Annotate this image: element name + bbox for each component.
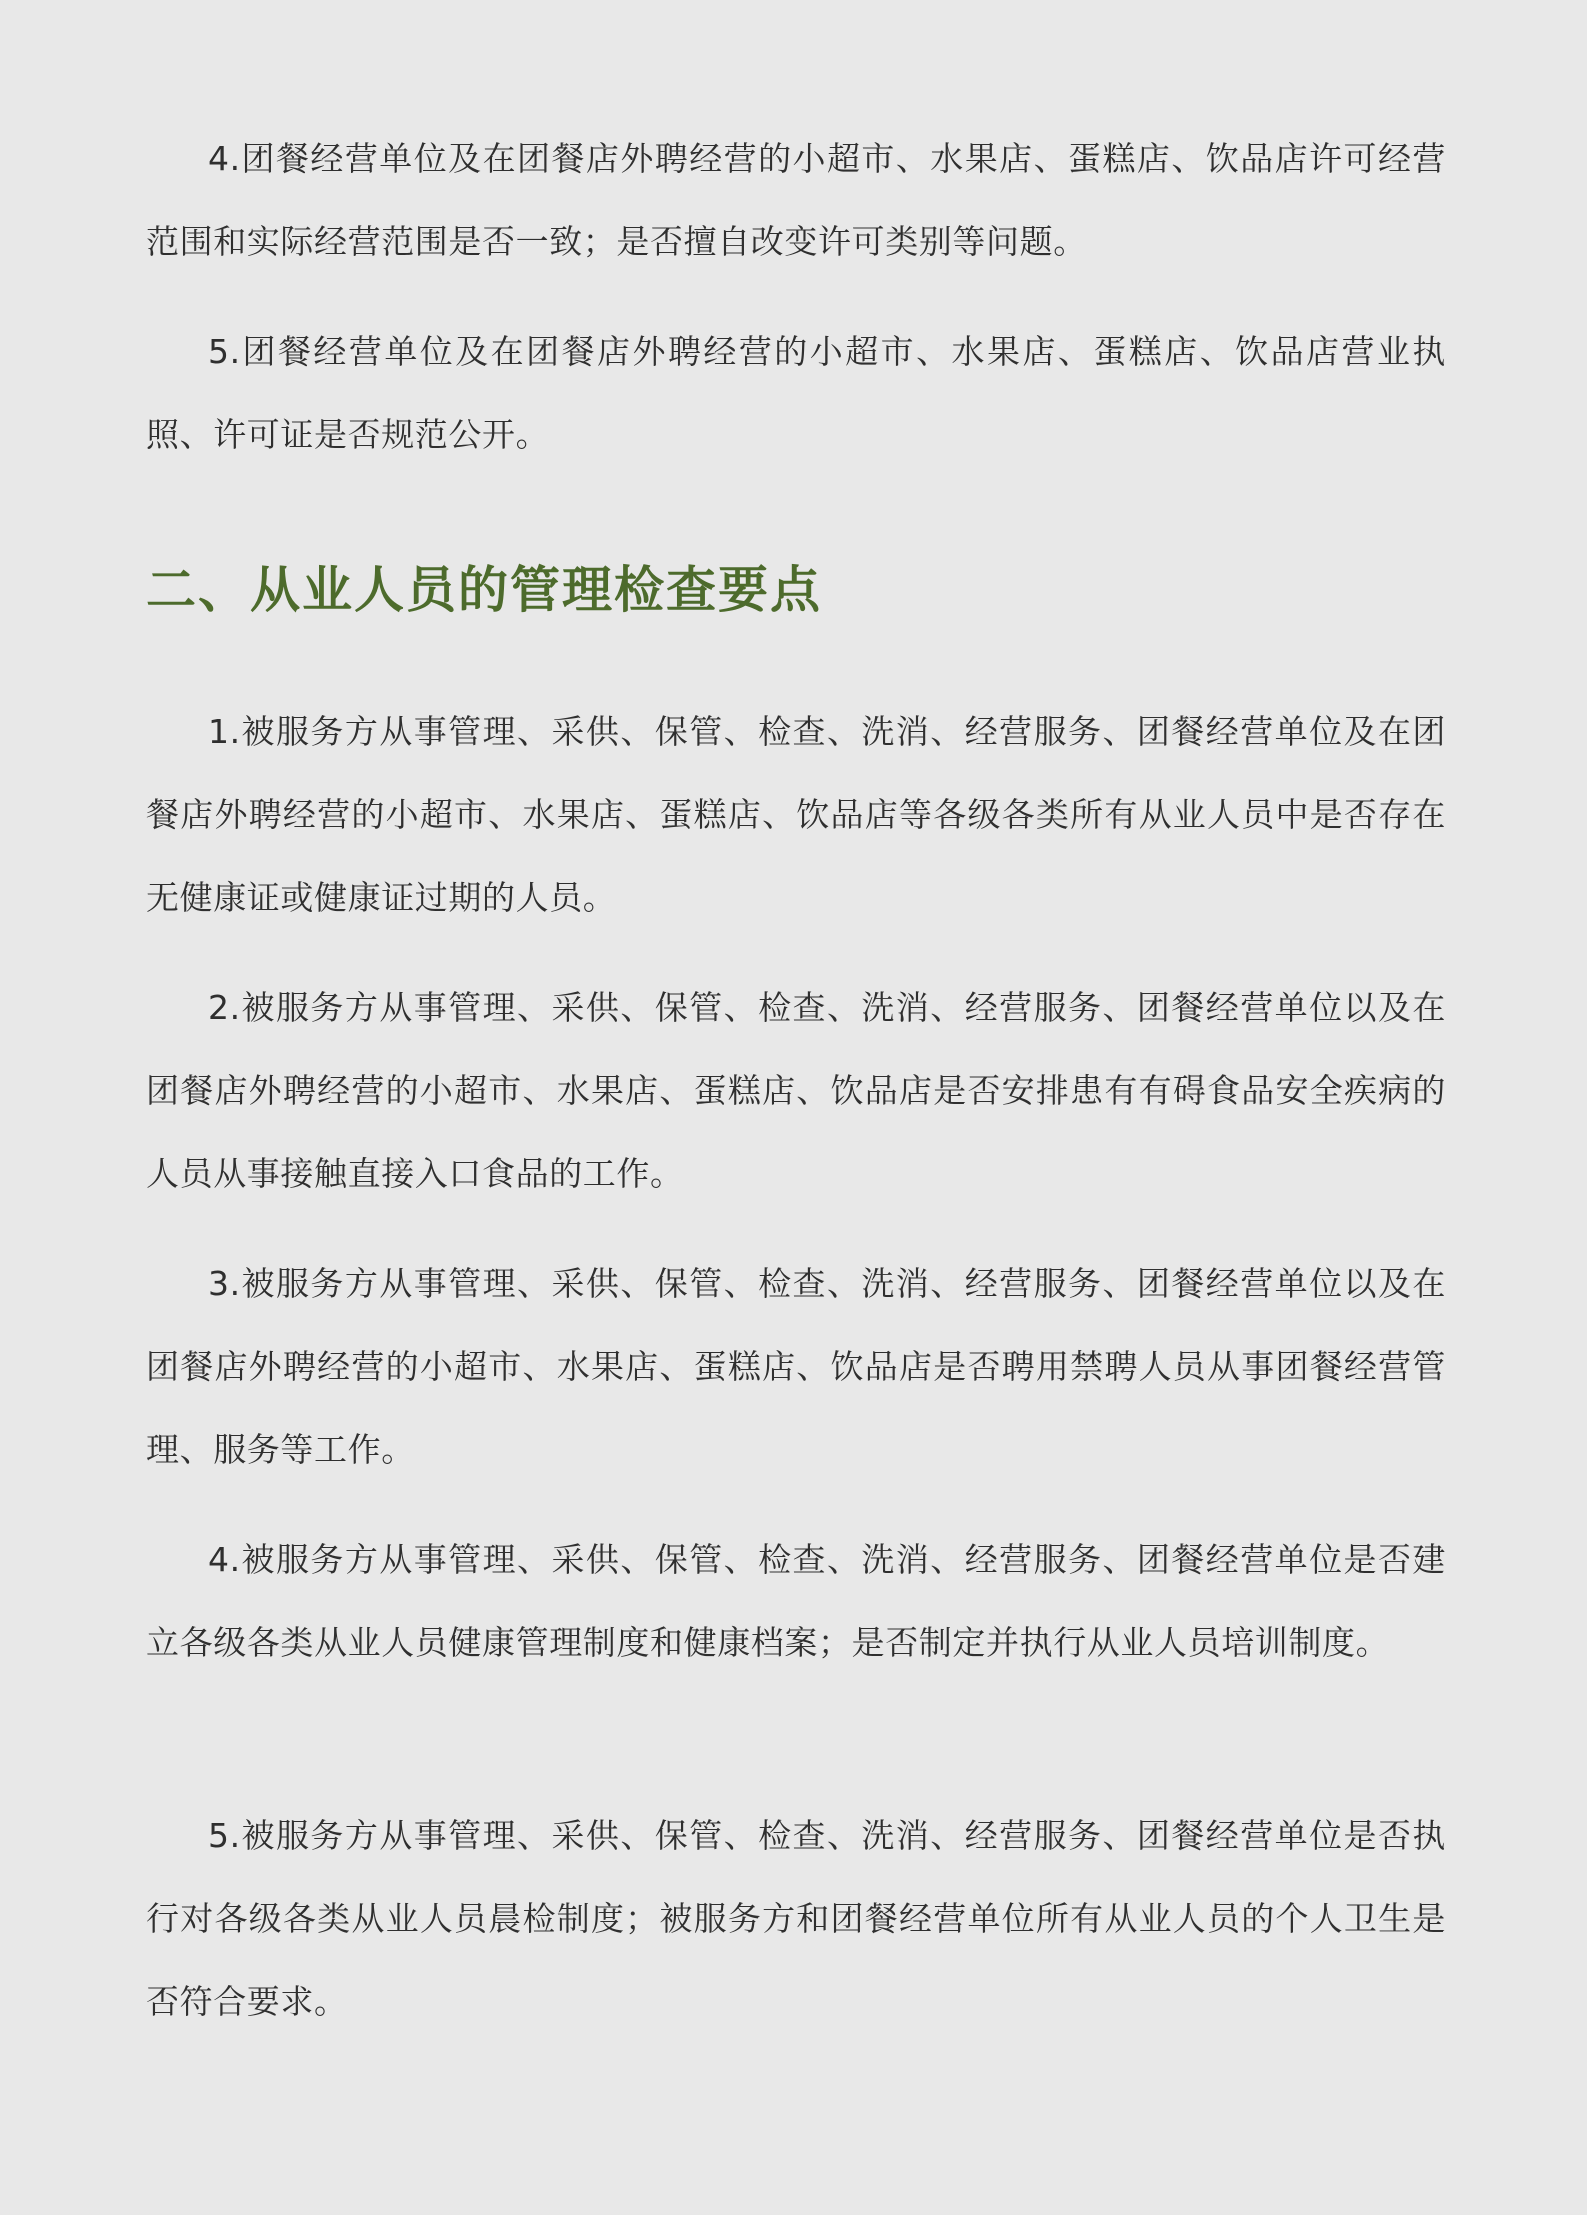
section-heading: 二、从业人员的管理检查要点 [146, 553, 822, 627]
paragraph-section2-item1: 1.被服务方从事管理、采供、保管、检查、洗消、经营服务、团餐经营单位及在团餐店外… [146, 690, 1446, 939]
paragraph-section2-item2: 2.被服务方从事管理、采供、保管、检查、洗消、经营服务、团餐经营单位以及在团餐店… [146, 966, 1446, 1215]
paragraph-section2-item3: 3.被服务方从事管理、采供、保管、检查、洗消、经营服务、团餐经营单位以及在团餐店… [146, 1242, 1446, 1491]
paragraph-section2-item4: 4.被服务方从事管理、采供、保管、检查、洗消、经营服务、团餐经营单位是否建立各级… [146, 1518, 1446, 1684]
paragraph-section1-item5: 5.团餐经营单位及在团餐店外聘经营的小超市、水果店、蛋糕店、饮品店营业执照、许可… [146, 310, 1446, 476]
paragraph-section2-item5: 5.被服务方从事管理、采供、保管、检查、洗消、经营服务、团餐经营单位是否执行对各… [146, 1794, 1446, 2043]
paragraph-section1-item4: 4.团餐经营单位及在团餐店外聘经营的小超市、水果店、蛋糕店、饮品店许可经营范围和… [146, 117, 1446, 283]
